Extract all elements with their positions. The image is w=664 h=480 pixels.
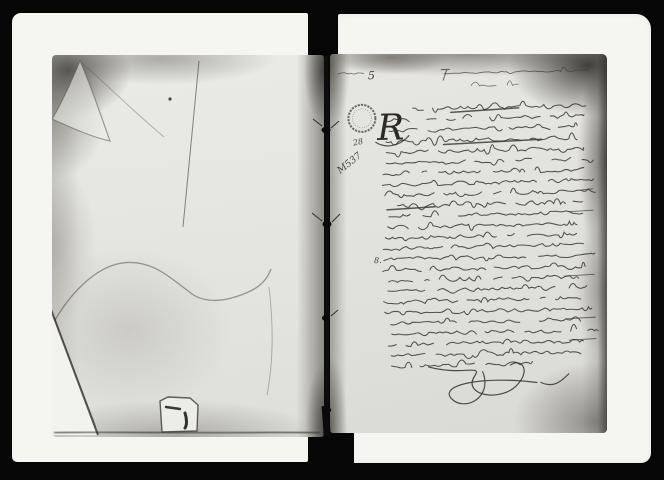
line-end-dash bbox=[569, 210, 593, 212]
script-group: 5 28 M537 8. R bbox=[332, 64, 600, 407]
handwriting-line bbox=[383, 241, 583, 251]
signature-flourish bbox=[429, 363, 525, 397]
handwriting-line bbox=[386, 133, 577, 147]
handwriting-line bbox=[391, 347, 581, 360]
handwriting-line bbox=[382, 177, 593, 187]
paragraph-mark: 8. bbox=[374, 256, 382, 265]
signature-flourish bbox=[541, 374, 569, 385]
handwriting-line bbox=[388, 337, 583, 347]
handwriting-line bbox=[387, 112, 584, 124]
folio-number: 5 bbox=[368, 69, 375, 82]
handwriting-line bbox=[383, 166, 584, 176]
left-page-creases bbox=[52, 55, 324, 437]
wrinkle-descender bbox=[267, 287, 272, 395]
left-page bbox=[52, 55, 324, 437]
handwriting-line bbox=[392, 324, 598, 337]
handwriting-line bbox=[391, 315, 581, 325]
handwriting-line bbox=[398, 198, 583, 210]
tab-mark-blob bbox=[185, 413, 187, 428]
handwriting-line bbox=[413, 100, 586, 113]
handwriting-line bbox=[388, 283, 587, 294]
header-mark bbox=[441, 69, 450, 80]
handwriting-line bbox=[388, 219, 577, 232]
stitch-knot bbox=[323, 407, 331, 413]
handwriting-line bbox=[384, 295, 581, 305]
photograph-stage: 5 28 M537 8. R bbox=[0, 0, 664, 480]
handwriting-line bbox=[385, 306, 592, 317]
line-end-dash bbox=[564, 274, 594, 276]
stitch-knot bbox=[322, 127, 331, 133]
manuscript-writing: 5 28 M537 8. R bbox=[330, 54, 607, 433]
bottom-tab bbox=[160, 397, 198, 432]
stitch-knot bbox=[322, 315, 330, 321]
header-script bbox=[471, 81, 518, 87]
ink-speck bbox=[168, 97, 171, 100]
handwriting-line bbox=[384, 252, 595, 263]
handwriting-line bbox=[389, 272, 579, 284]
handwriting-line bbox=[392, 358, 533, 368]
large-wrinkle bbox=[52, 262, 271, 333]
line-end-dash bbox=[581, 189, 592, 190]
vertical-crease bbox=[183, 61, 199, 227]
stitch-knot bbox=[323, 221, 332, 228]
handwriting-line bbox=[389, 123, 577, 134]
handwriting-line bbox=[385, 230, 576, 242]
line-end-dash bbox=[567, 317, 596, 319]
strike-through bbox=[451, 108, 519, 113]
handwriting-line bbox=[385, 186, 596, 198]
right-page: 5 28 M537 8. R bbox=[330, 54, 607, 433]
corner-fold-flap bbox=[52, 61, 110, 141]
header-script bbox=[444, 67, 588, 75]
handwriting-line bbox=[386, 157, 593, 168]
strike-through bbox=[387, 207, 435, 210]
handwriting-line bbox=[383, 261, 586, 273]
binding-gutter bbox=[300, 50, 364, 442]
handwriting-line bbox=[389, 208, 583, 219]
gutter-shadow-line bbox=[326, 56, 327, 434]
